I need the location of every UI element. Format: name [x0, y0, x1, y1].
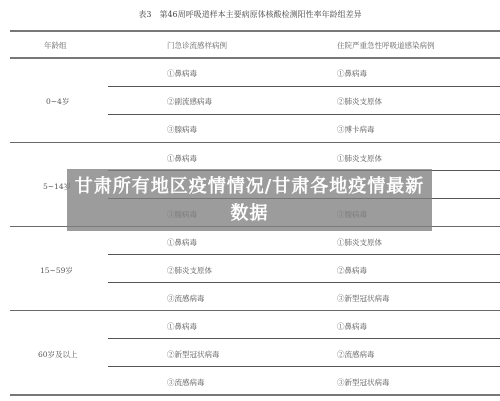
table-cell: ①鼻病毒 [337, 68, 367, 79]
row-divider [108, 338, 500, 339]
table-cell: ①鼻病毒 [167, 68, 197, 79]
table-cell: ③流感病毒 [167, 377, 205, 388]
row-divider [108, 86, 500, 87]
table-cell: ①鼻病毒 [167, 237, 197, 248]
table-cell: ①肺炎支原体 [337, 153, 382, 164]
header-bottom-rule [10, 57, 500, 59]
table-top-rule [10, 30, 500, 32]
table-cell: ②肺炎支原体 [167, 265, 212, 276]
table-cell: ①鼻病毒 [167, 153, 197, 164]
table-cell: ③新型冠状病毒 [337, 293, 390, 304]
age-group-label: 15~59岁 [40, 265, 73, 276]
row-divider [108, 114, 500, 115]
header-age-group: 年龄组 [44, 40, 67, 51]
table-cell: ③流感病毒 [167, 293, 205, 304]
table-cell: ②新型冠状病毒 [167, 349, 220, 360]
table-cell: ②副流感病毒 [167, 96, 212, 107]
table-cell: ③腺病毒 [167, 124, 197, 135]
table-cell: ③博卡病毒 [337, 124, 375, 135]
group-rule [10, 142, 500, 143]
row-divider [108, 254, 500, 255]
age-group-label: 60岁及以上 [38, 349, 78, 360]
header-outpatient: 门急诊流感样病例 [167, 40, 227, 51]
row-divider [108, 366, 500, 367]
row-divider [108, 282, 500, 283]
title-overlay: 甘肃所有地区疫情情况/甘肃各地疫情最新数据 [67, 169, 432, 231]
table-cell: ②肺炎支原体 [337, 96, 382, 107]
overlay-title: 甘肃所有地区疫情情况/甘肃各地疫情最新数据 [67, 173, 432, 227]
table-cell: ②鼻病毒 [337, 265, 367, 276]
table-bottom-rule [10, 394, 500, 396]
table-cell: ①鼻病毒 [337, 321, 367, 332]
header-inpatient: 住院严重急性呼吸道感染病例 [337, 40, 435, 51]
table-cell: ②流感病毒 [337, 349, 375, 360]
caption: 表3 第46周呼吸道样本主要病原体核酸检测阳性率年龄组差异 [0, 9, 500, 20]
table-cell: ①肺炎支原体 [337, 237, 382, 248]
table-cell: ③新型冠状病毒 [337, 377, 390, 388]
group-rule [10, 310, 500, 311]
table-cell: ①鼻病毒 [167, 321, 197, 332]
age-group-label: 0~4岁 [46, 96, 69, 107]
